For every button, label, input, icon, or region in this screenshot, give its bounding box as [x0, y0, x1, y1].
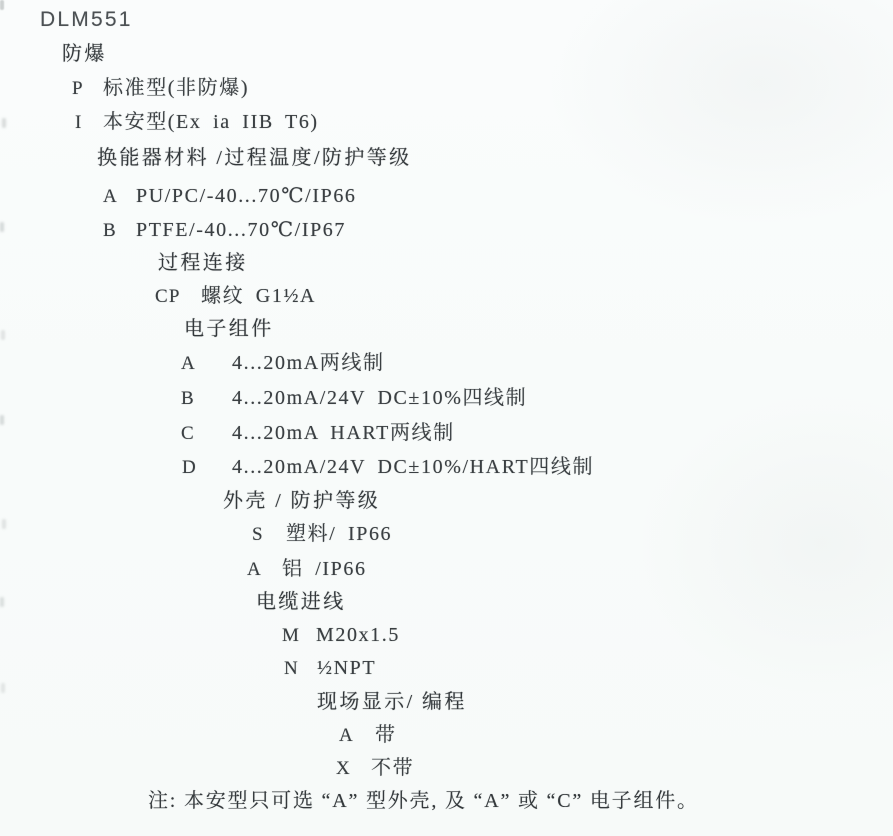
option-code: P [72, 77, 84, 101]
option-desc: 塑料/ IP66 [286, 522, 392, 546]
section-title-display-programming: 现场显示/ 编程 [317, 690, 467, 714]
option-code: A [181, 352, 196, 376]
section-title-explosion-proof: 防爆 [62, 42, 107, 66]
section-title-electronics-module: 电子组件 [184, 317, 274, 341]
datasheet-page: DLM551 防爆 P 标准型(非防爆) I 本安型(Ex ia IIB T6)… [0, 0, 893, 836]
model-number: DLM551 [40, 8, 133, 32]
option-desc: 铝 /IP66 [282, 557, 367, 581]
option-desc: 4...20mA/24V DC±10%四线制 [232, 386, 527, 410]
option-code: D [182, 456, 197, 480]
option-desc: 4...20mA/24V DC±10%/HART四线制 [232, 455, 594, 479]
section-title-process-connection: 过程连接 [158, 251, 248, 275]
option-desc: ½NPT [317, 656, 376, 680]
option-code: I [75, 111, 83, 135]
option-code: B [103, 219, 117, 243]
option-desc: 不带 [371, 756, 414, 780]
option-code: S [252, 523, 264, 547]
option-code: A [247, 558, 262, 582]
section-title-transducer-material: 换能器材料 /过程温度/防护等级 [97, 146, 412, 170]
option-code: A [339, 724, 354, 748]
option-desc: 本安型(Ex ia IIB T6) [103, 110, 319, 134]
option-code: M [282, 624, 300, 648]
option-code: N [284, 657, 299, 681]
option-desc: 标准型(非防爆) [103, 76, 249, 100]
option-code: CP [155, 285, 181, 309]
option-desc: 带 [375, 723, 397, 747]
option-code: A [103, 185, 118, 209]
option-desc: PU/PC/-40...70℃/IP66 [136, 184, 357, 208]
footnote: 注: 本安型只可选 “A” 型外壳, 及 “A” 或 “C” 电子组件。 [148, 789, 699, 813]
option-desc: 螺纹 G1½A [201, 284, 316, 308]
option-desc: PTFE/-40...70℃/IP67 [136, 218, 346, 242]
option-desc: 4...20mA两线制 [232, 351, 385, 375]
scan-speckles [0, 0, 4, 10]
section-title-cable-entry: 电缆进线 [256, 590, 346, 614]
section-title-housing-protection: 外壳 / 防护等级 [223, 489, 380, 513]
option-code: C [181, 422, 195, 446]
option-code: X [336, 757, 351, 781]
option-desc: M20x1.5 [316, 623, 400, 647]
option-code: B [181, 387, 195, 411]
option-desc: 4...20mA HART两线制 [232, 421, 455, 445]
